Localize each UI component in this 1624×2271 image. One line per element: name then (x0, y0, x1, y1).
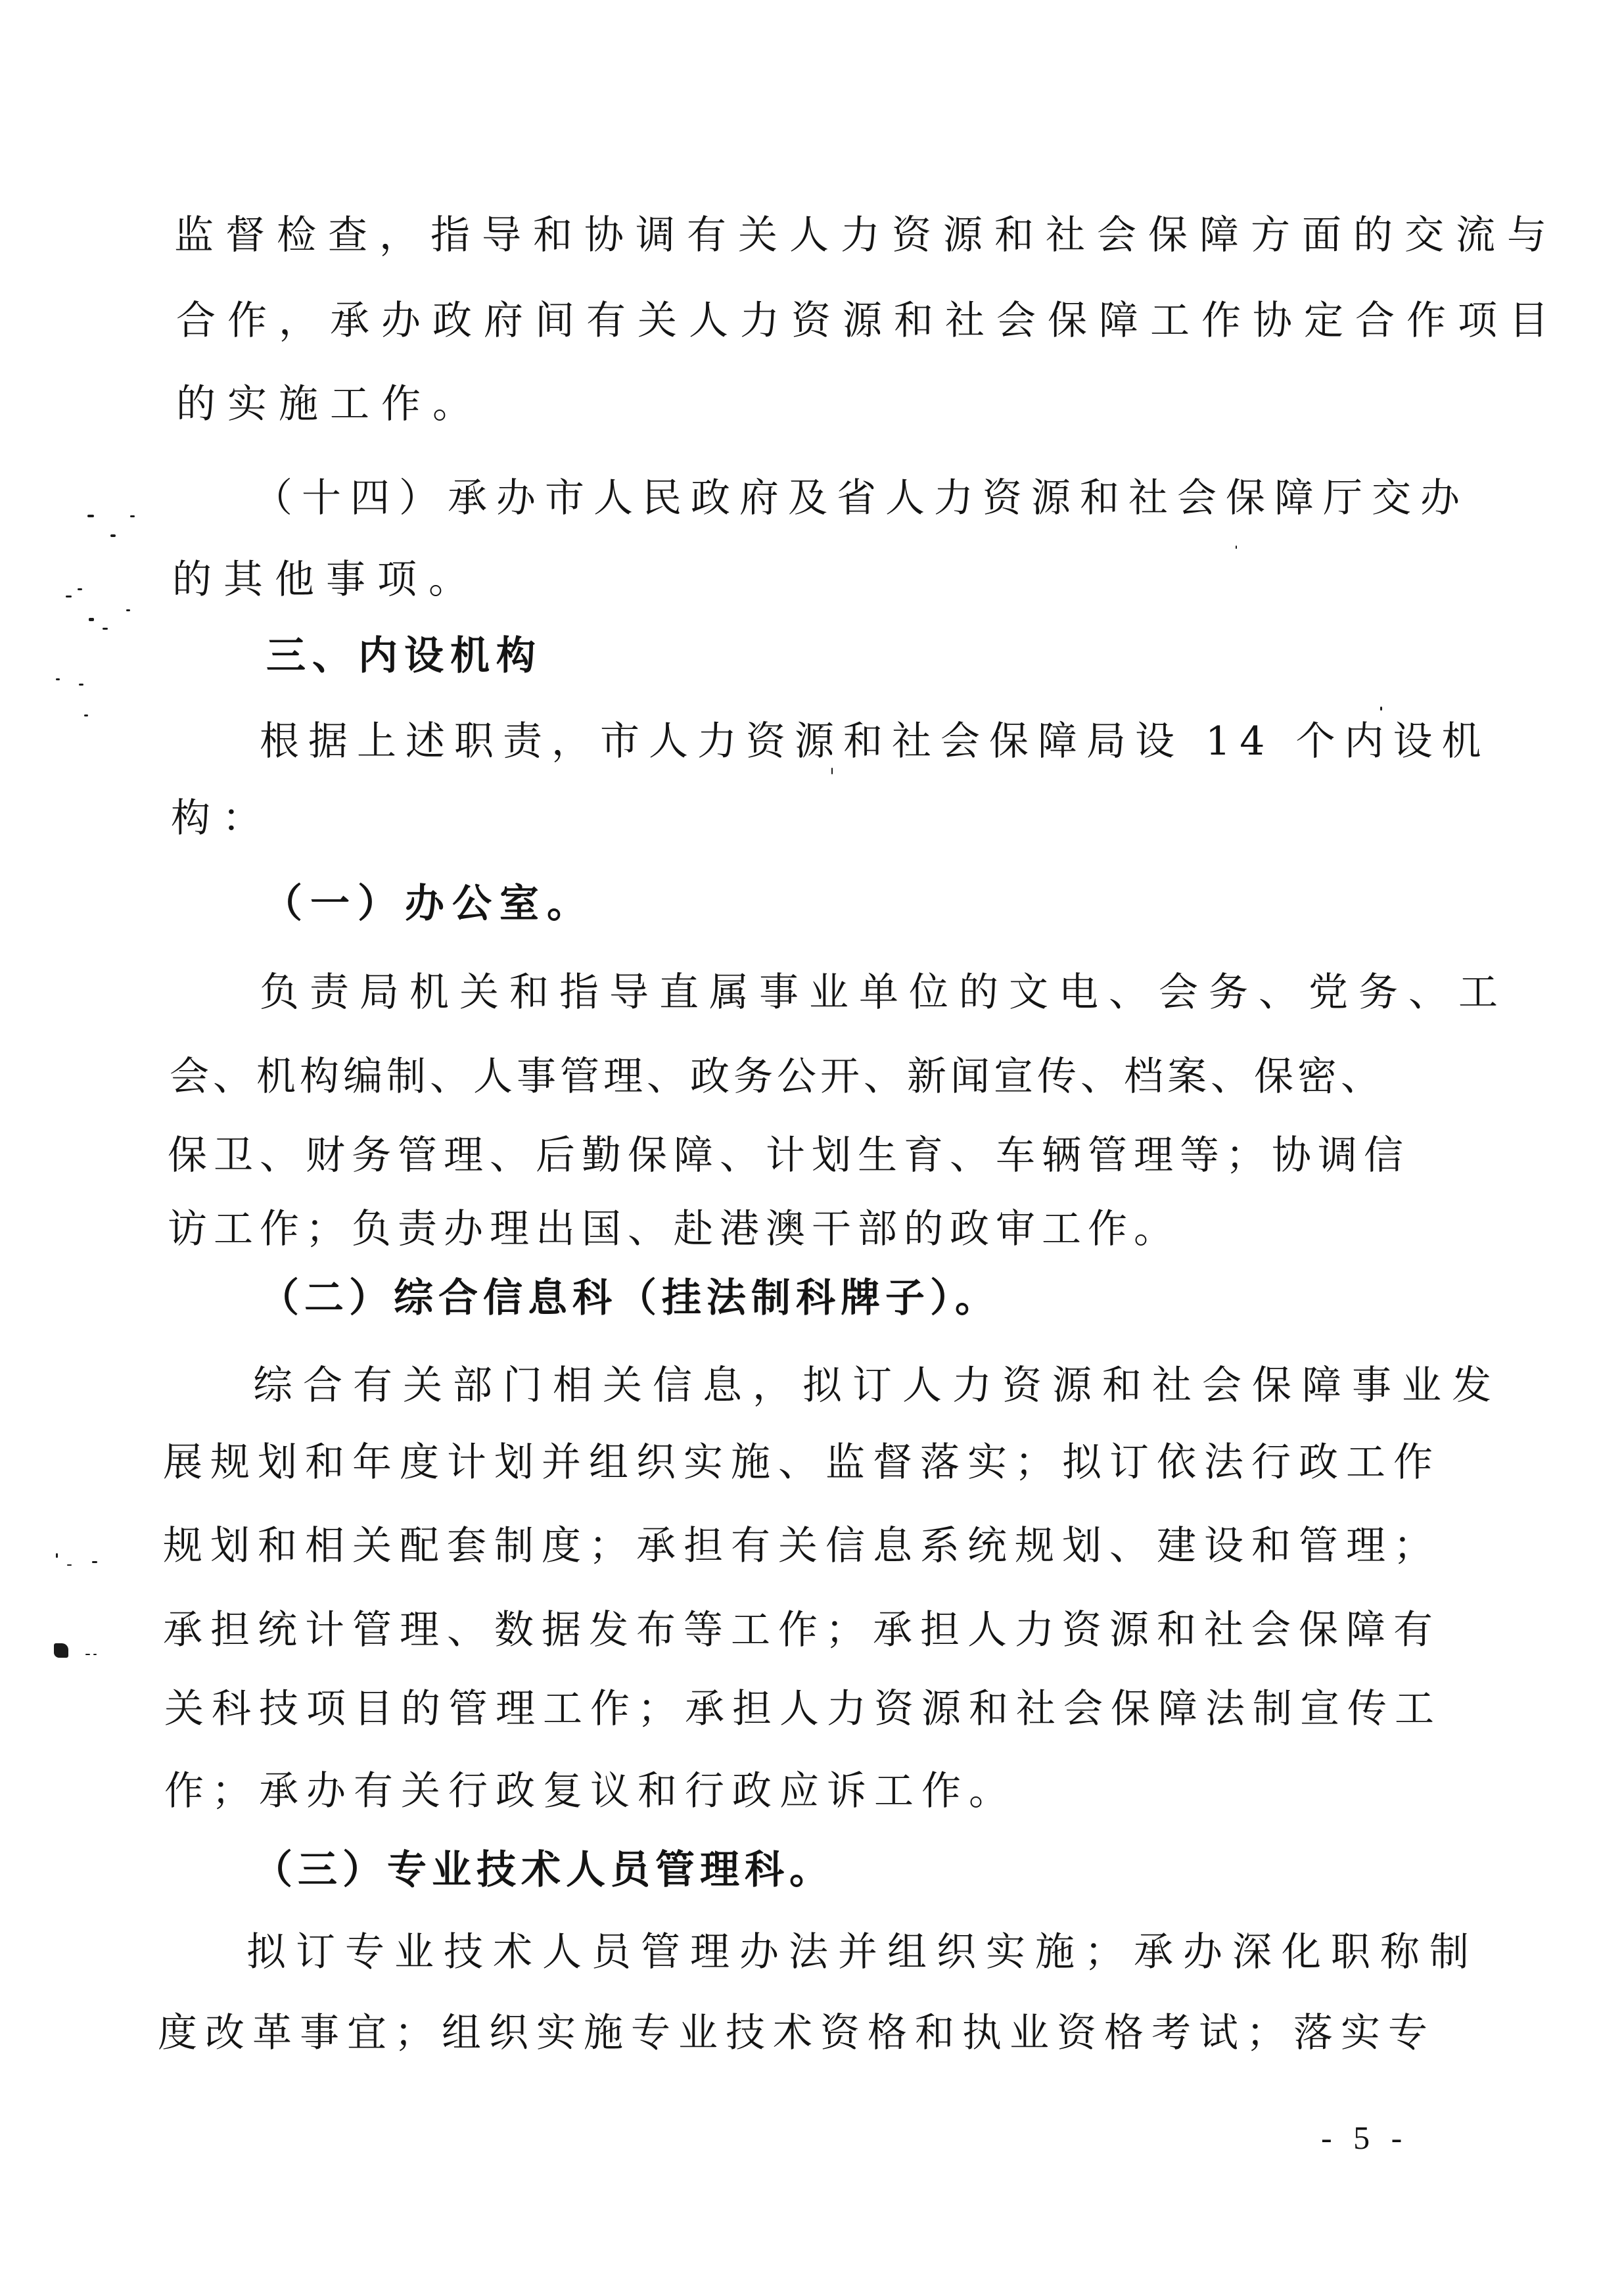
body-line: 的其他事项。 (172, 553, 480, 606)
section-heading: 三、内设机构 (266, 630, 542, 682)
scan-artifact (89, 618, 94, 621)
body-line: 关科技项目的管理工作；承担人力资源和社会保障法制宣传工 (164, 1683, 1442, 1735)
body-line: 展规划和年度计划并组织实施、监督落实；拟订依法行政工作 (163, 1436, 1441, 1489)
scan-artifact (87, 515, 94, 517)
scan-artifact (56, 678, 60, 680)
scan-artifact (1380, 707, 1382, 711)
body-line: 合作，承办政府间有关人力资源和社会保障工作协定合作项目 (176, 294, 1425, 347)
body-line: 的实施工作。 (176, 378, 484, 431)
scan-artifact (84, 714, 88, 716)
subsection-heading: （一）办公室。 (263, 878, 594, 930)
body-line: 负责局机关和指导直属事业单位的文电、会务、党务、工 (260, 966, 1508, 1019)
body-line: 拟订专业技术人员管理办法并组织实施；承办深化职称制 (246, 1926, 1479, 1978)
scan-artifact (93, 1654, 97, 1655)
scan-artifact (85, 1654, 90, 1655)
scan-artifact (130, 515, 135, 517)
scan-artifact (79, 684, 83, 686)
scan-artifact (1236, 546, 1237, 549)
body-line: 规划和相关配套制度；承担有关信息系统规划、建设和管理； (163, 1520, 1441, 1572)
document-page: 监督检查，指导和协调有关人力资源和社会保障方面的交流与 合作，承办政府间有关人力… (0, 0, 1624, 2271)
body-line: 综合有关部门相关信息，拟订人力资源和社会保障事业发 (253, 1359, 1502, 1412)
body-line: 根据上述职责，市人力资源和社会保障局设 14 个内设机 (260, 715, 1491, 768)
scan-artifact (103, 628, 108, 630)
body-line: （十四）承办市人民政府及省人力资源和社会保障厅交办 (253, 472, 1469, 525)
body-line: 会、机构编制、人事管理、政务公开、新闻宣传、档案、保密、 (170, 1050, 1384, 1103)
scan-artifact (78, 588, 82, 590)
scan-artifact (110, 534, 116, 537)
body-line: 构： (171, 792, 273, 845)
page-number: - 5 - (1321, 2118, 1408, 2157)
subsection-heading: （三）专业技术人员管理科。 (253, 1844, 834, 1896)
body-line: 监督检查，指导和协调有关人力资源和社会保障方面的交流与 (174, 209, 1423, 262)
scan-artifact (54, 1643, 68, 1658)
scan-artifact (56, 1553, 58, 1558)
scan-artifact (126, 609, 130, 611)
scan-artifact (67, 1564, 72, 1566)
body-line: 承担统计管理、数据发布等工作；承担人力资源和社会保障有 (163, 1604, 1441, 1656)
body-line: 保卫、财务管理、后勤保障、计划生育、车辆管理等；协调信 (168, 1129, 1410, 1182)
subsection-heading: （二）综合信息科（挂法制科牌子）。 (260, 1272, 1000, 1324)
body-line: 访工作；负责办理出国、赴港澳干部的政审工作。 (168, 1203, 1180, 1255)
scan-artifact (66, 596, 72, 597)
body-line: 作；承办有关行政复议和行政应诉工作。 (164, 1765, 1016, 1817)
scan-artifact (92, 1561, 97, 1563)
scan-artifact (831, 768, 833, 774)
body-line: 度改革事宜；组织实施专业技术资格和执业资格考试；落实专 (158, 2007, 1435, 2059)
